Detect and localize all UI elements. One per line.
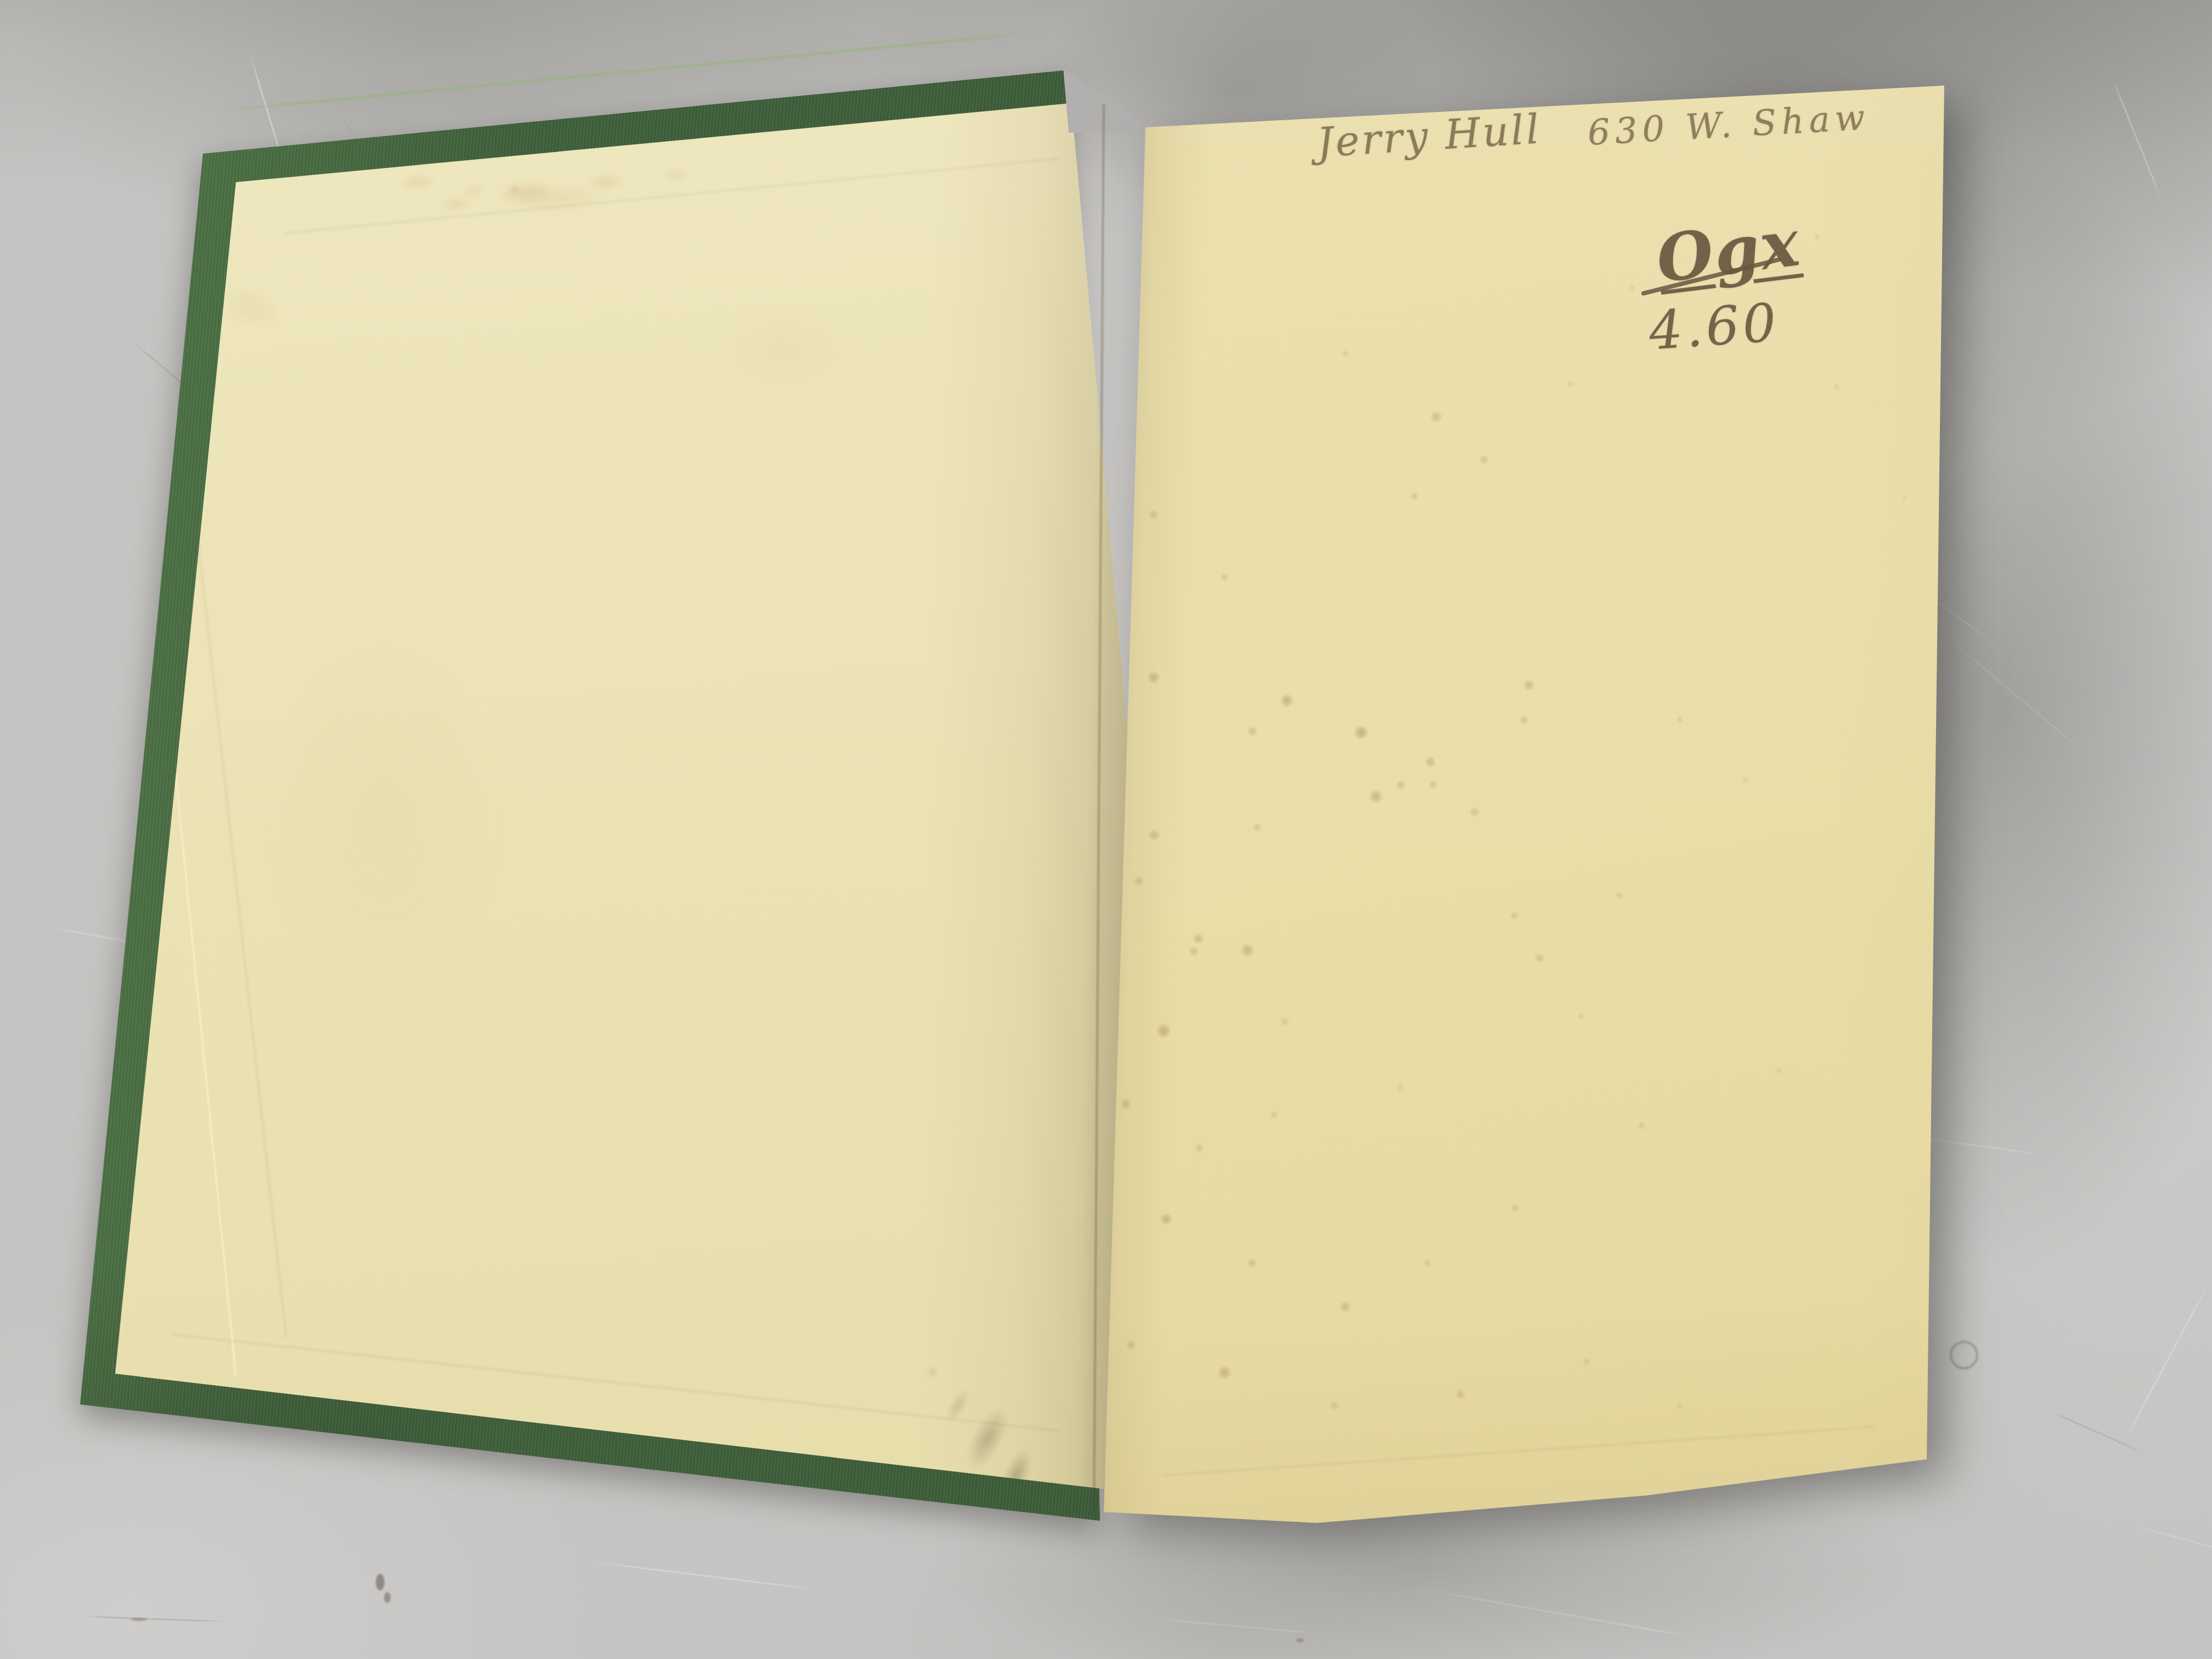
flyleaf-bottom-ridge [1163,1426,1876,1477]
flyleaf-layer: Jerry Hull 630 W. Shaw Ogx 4.60 [0,0,2212,1659]
handwritten-owner-name: Jerry Hull [1316,105,1543,167]
photo-scene: Jerry Hull 630 W. Shaw Ogx 4.60 [0,0,2212,1659]
right-flyleaf-page: Jerry Hull 630 W. Shaw Ogx 4.60 [0,0,2212,1659]
handwritten-address: 630 W. Shaw [1587,97,1871,154]
handwritten-price: 4.60 [1647,291,1781,362]
